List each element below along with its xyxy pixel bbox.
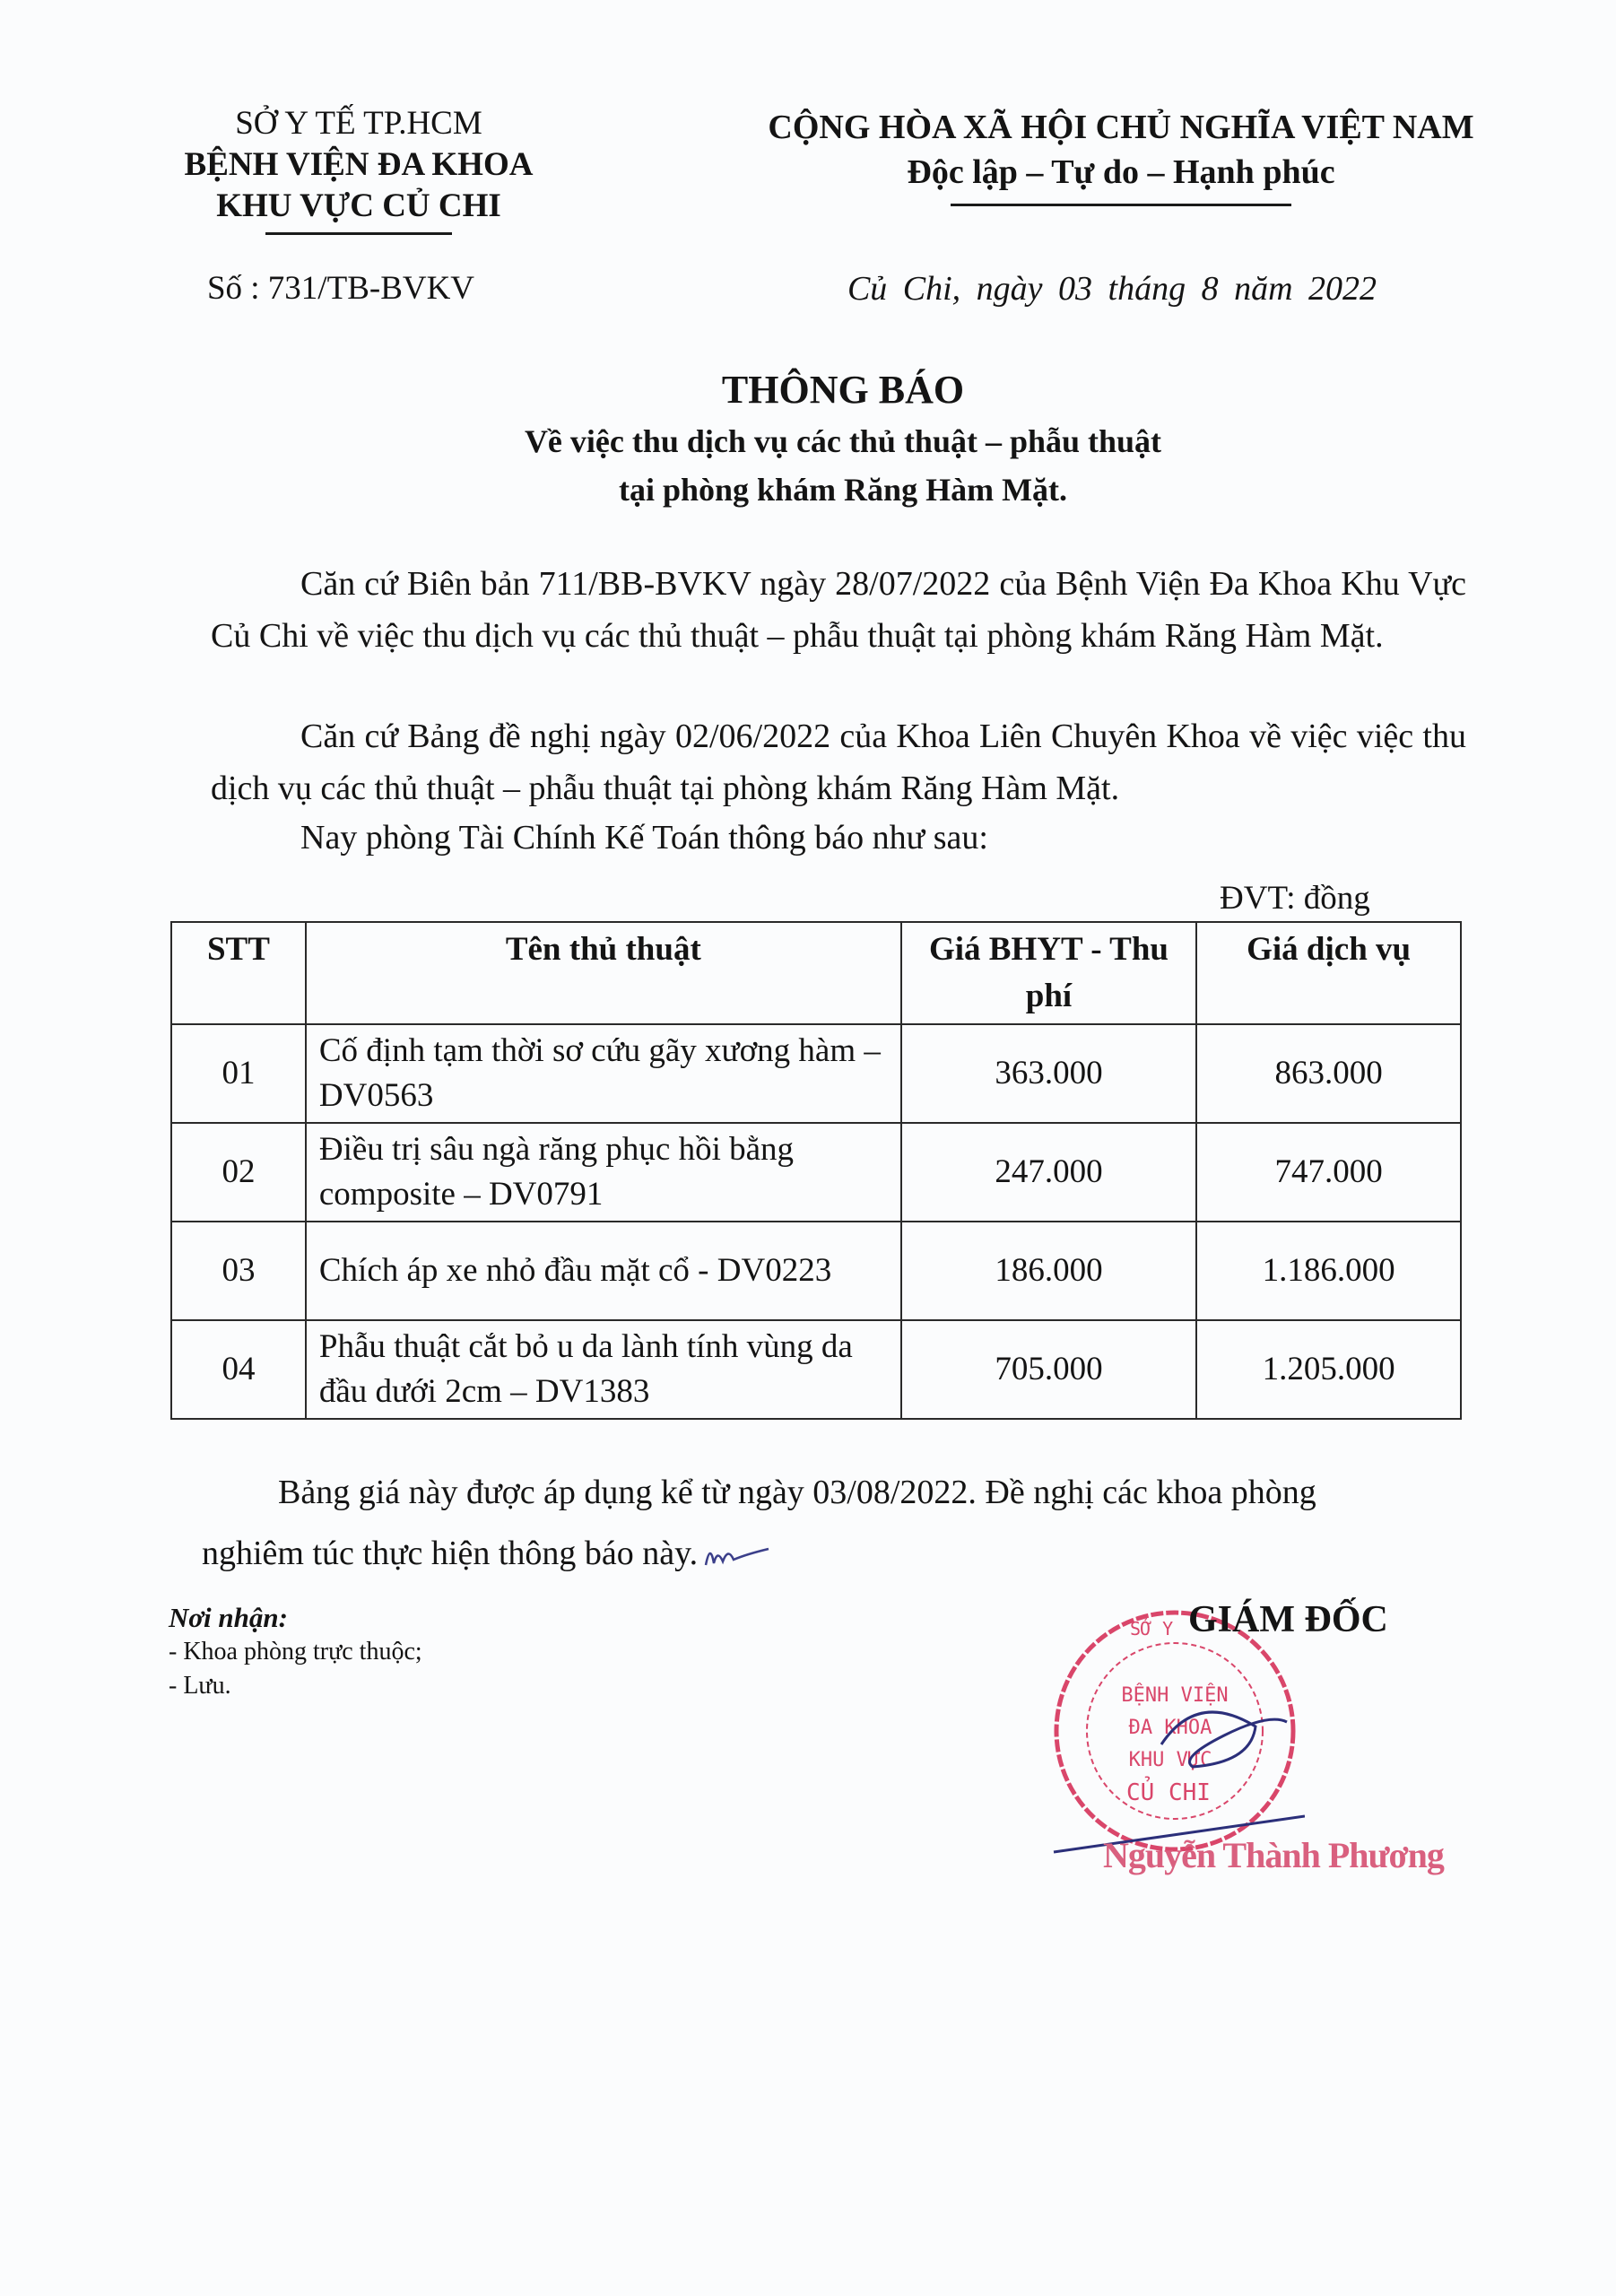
department-name: SỞ Y TẾ TP.HCM <box>143 103 574 144</box>
header-divider <box>265 232 452 235</box>
svg-text:SỞ Y: SỞ Y <box>1130 1616 1173 1639</box>
cell-insurance-price: 247.000 <box>901 1123 1197 1222</box>
table-row: 03Chích áp xe nhỏ đầu mặt cổ - DV0223186… <box>171 1222 1461 1320</box>
cell-insurance-price: 186.000 <box>901 1222 1197 1320</box>
svg-text:BỆNH VIỆN: BỆNH VIỆN <box>1121 1683 1228 1707</box>
cell-service-price: 1.205.000 <box>1196 1320 1461 1419</box>
cell-insurance-price: 363.000 <box>901 1024 1197 1123</box>
cell-procedure-name: Cố định tạm thời sơ cứu gãy xương hàm – … <box>306 1024 901 1123</box>
cell-insurance-price: 705.000 <box>901 1320 1197 1419</box>
recipients-block: Nơi nhận: - Khoa phòng trực thuộc; - Lưu… <box>169 1601 422 1703</box>
national-header: CỘNG HÒA XÃ HỘI CHỦ NGHĨA VIỆT NAM Độc l… <box>717 105 1525 206</box>
cell-stt: 03 <box>171 1222 306 1320</box>
issue-date: Củ Chi, ngày 03 tháng 8 năm 2022 <box>789 269 1435 309</box>
header-stt: STT <box>171 922 306 1024</box>
closing-statement: Bảng giá này được áp dụng kể từ ngày 03/… <box>202 1462 1475 1584</box>
closing-line-1: Bảng giá này được áp dụng kể từ ngày 03/… <box>202 1462 1475 1523</box>
issuer-header: SỞ Y TẾ TP.HCM BỆNH VIỆN ĐA KHOA KHU VỰC… <box>143 103 574 235</box>
price-table: STT Tên thủ thuật Giá BHYT - Thu phí Giá… <box>170 921 1462 1420</box>
cell-stt: 02 <box>171 1123 306 1222</box>
title-subject-1: Về việc thu dịch vụ các thủ thuật – phẫu… <box>269 417 1417 465</box>
header-insurance-price: Giá BHYT - Thu phí <box>901 922 1197 1024</box>
document-title: THÔNG BÁO Về việc thu dịch vụ các thủ th… <box>269 363 1417 514</box>
table-row: 04Phẫu thuật cắt bỏ u da lành tính vùng … <box>171 1320 1461 1419</box>
table-row: 01Cố định tạm thời sơ cứu gãy xương hàm … <box>171 1024 1461 1123</box>
national-motto: Độc lập – Tự do – Hạnh phúc <box>717 150 1525 195</box>
table-row: 02Điều trị sâu ngà răng phục hồi bằng co… <box>171 1123 1461 1222</box>
currency-unit: ĐVT: đồng <box>1220 879 1370 918</box>
hospital-area: KHU VỰC CỦ CHI <box>143 186 574 227</box>
recipients-heading: Nơi nhận: <box>169 1601 422 1635</box>
header-procedure: Tên thủ thuật <box>306 922 901 1024</box>
cell-procedure-name: Phẫu thuật cắt bỏ u da lành tính vùng da… <box>306 1320 901 1419</box>
paragraph-announcement: Nay phòng Tài Chính Kế Toán thông báo nh… <box>211 812 1466 864</box>
recipient-item: - Lưu. <box>169 1669 422 1703</box>
closing-line-2-text: nghiêm túc thực hiện thông báo này. <box>202 1535 698 1572</box>
recipient-item: - Khoa phòng trực thuộc; <box>169 1635 422 1669</box>
title-subject-2: tại phòng khám Răng Hàm Mặt. <box>269 465 1417 514</box>
closing-line-2: nghiêm túc thực hiện thông báo này. <box>202 1523 1475 1584</box>
hospital-name: BỆNH VIỆN ĐA KHOA <box>143 144 574 186</box>
cell-service-price: 863.000 <box>1196 1024 1461 1123</box>
cell-stt: 01 <box>171 1024 306 1123</box>
cell-stt: 04 <box>171 1320 306 1419</box>
initial-mark-icon <box>701 1538 773 1574</box>
svg-text:ĐA KHOA: ĐA KHOA <box>1129 1717 1212 1739</box>
cell-procedure-name: Chích áp xe nhỏ đầu mặt cổ - DV0223 <box>306 1222 901 1320</box>
signatory-title: GIÁM ĐỐC <box>1188 1598 1388 1641</box>
cell-service-price: 1.186.000 <box>1196 1222 1461 1320</box>
signatory-name: Nguyễn Thành Phương <box>1103 1834 1444 1876</box>
svg-text:CỦ CHI: CỦ CHI <box>1126 1775 1211 1806</box>
motto-divider <box>951 204 1291 206</box>
cell-service-price: 747.000 <box>1196 1123 1461 1222</box>
document-number: Số : 731/TB-BVKV <box>143 269 538 308</box>
country-name: CỘNG HÒA XÃ HỘI CHỦ NGHĨA VIỆT NAM <box>717 105 1525 150</box>
header-service-price: Giá dịch vụ <box>1196 922 1461 1024</box>
table-header-row: STT Tên thủ thuật Giá BHYT - Thu phí Giá… <box>171 922 1461 1024</box>
cell-procedure-name: Điều trị sâu ngà răng phục hồi bằng comp… <box>306 1123 901 1222</box>
paragraph-basis-1: Căn cứ Biên bản 711/BB-BVKV ngày 28/07/2… <box>211 558 1466 662</box>
svg-text:KHU VỰC: KHU VỰC <box>1129 1749 1212 1771</box>
paragraph-basis-2: Căn cứ Bảng đề nghị ngày 02/06/2022 của … <box>211 710 1466 814</box>
title-main: THÔNG BÁO <box>269 363 1417 417</box>
